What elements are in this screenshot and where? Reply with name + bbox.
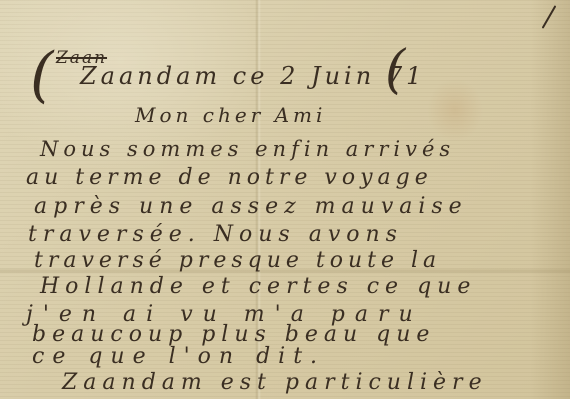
dateline: Zaandam ce 2 Juin 71 [80, 62, 425, 90]
body-line-5: traversé presque toute la [34, 248, 441, 273]
salutation: Mon cher Ami [135, 103, 326, 127]
flourish-bracket-left: ( [30, 40, 53, 110]
body-line-1: Nous sommes enfin arrivés [40, 137, 455, 161]
body-line-4: traversée. Nous avons [28, 222, 403, 247]
paper-edge-shadow [530, 0, 570, 399]
letter-page: ( ( Zaan Zaandam ce 2 Juin 71 Mon cher A… [0, 0, 570, 399]
body-line-10: Zaandam est particulière [62, 370, 488, 395]
body-line-3: après une assez mauvaise [34, 194, 468, 219]
body-line-2: au terme de notre voyage [26, 165, 433, 190]
body-line-6: Hollande et certes ce que [40, 274, 476, 299]
body-line-9: ce que l'on dit. [32, 344, 325, 369]
